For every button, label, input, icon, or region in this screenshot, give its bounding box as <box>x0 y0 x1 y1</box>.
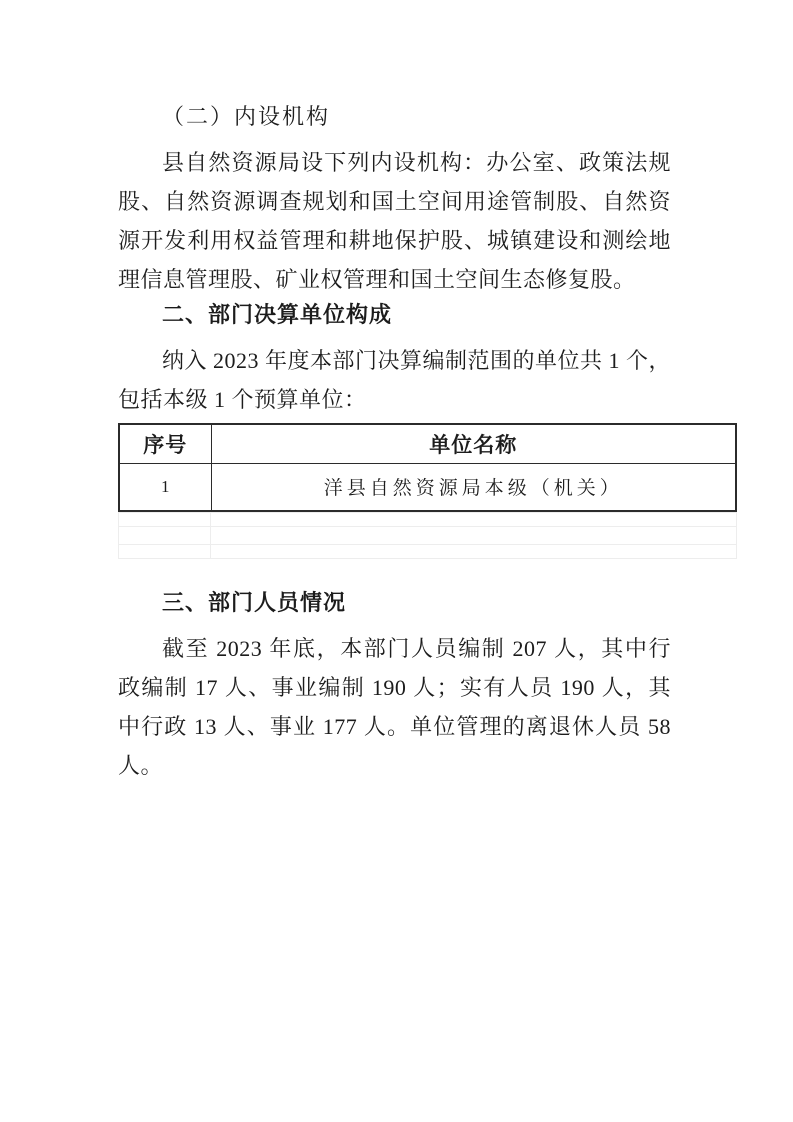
table-header-row: 序号 单位名称 <box>119 424 736 463</box>
table-header-index: 序号 <box>119 424 211 463</box>
personnel-paragraph: 截至 2023 年底，本部门人员编制 207 人，其中行政编制 17 人、事业编… <box>118 629 671 785</box>
faint-grid-cell <box>119 527 211 545</box>
faint-grid-cell <box>211 527 737 545</box>
faint-grid-cell <box>119 513 211 527</box>
faint-grid-cell <box>211 545 737 559</box>
table-row: 1 洋县自然资源局本级（机关） <box>119 463 736 511</box>
personnel-heading: 三、部门人员情况 <box>162 589 738 617</box>
internal-organization-sub-heading: （二）内设机构 <box>162 103 738 131</box>
faint-grid-cell <box>119 545 211 559</box>
unit-composition-paragraph: 纳入 2023 年度本部门决算编制范围的单位共 1 个，包括本级 1 个预算单位… <box>118 341 671 419</box>
internal-organization-paragraph: 县自然资源局设下列内设机构：办公室、政策法规股、自然资源调查规划和国土空间用途管… <box>118 143 671 299</box>
unit-composition-heading: 二、部门决算单位构成 <box>162 301 738 329</box>
table-header-unit-name: 单位名称 <box>211 424 736 463</box>
table-cell-unit-name: 洋县自然资源局本级（机关） <box>211 463 736 511</box>
document-page: （二）内设机构 县自然资源局设下列内设机构：办公室、政策法规股、自然资源调查规划… <box>0 0 793 1122</box>
faint-empty-grid <box>118 512 737 559</box>
budget-units-table: 序号 单位名称 1 洋县自然资源局本级（机关） <box>118 423 737 512</box>
faint-grid-cell <box>211 513 737 527</box>
document-content: （二）内设机构 县自然资源局设下列内设机构：办公室、政策法规股、自然资源调查规划… <box>118 103 738 785</box>
table-cell-index: 1 <box>119 463 211 511</box>
